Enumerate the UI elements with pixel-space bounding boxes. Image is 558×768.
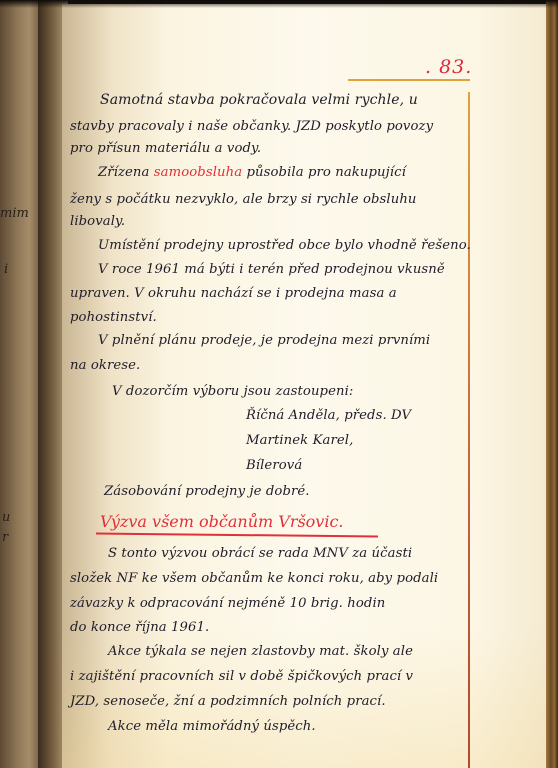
- text-line: Samotná stavba pokračovala velmi rychle,…: [100, 92, 418, 108]
- text-line: S tonto výzvou obrácí se rada MNV za úča…: [108, 546, 412, 561]
- text-line: Akce týkala se nejen zlastovby mat. škol…: [108, 644, 413, 659]
- left-page-fragment: r: [2, 530, 8, 545]
- text-line: pohostinství.: [70, 310, 157, 325]
- text-line: Umístění prodejny uprostřed obce bylo vh…: [98, 238, 471, 253]
- section-heading: Výzva všem občanům Vršovic.: [100, 512, 344, 531]
- text-word: působila pro nakupující: [246, 165, 405, 180]
- text-line: V roce 1961 má býti i terén před prodejn…: [98, 262, 445, 277]
- page-number: . 83.: [425, 56, 472, 78]
- left-page-fragment: mim: [0, 206, 29, 221]
- text-line: pro přísun materiálu a vody.: [70, 141, 261, 156]
- text-line: V dozorčím výboru jsou zastoupeni:: [112, 384, 353, 399]
- signatory: Martinek Karel,: [246, 433, 353, 448]
- text-line: stavby pracovaly i naše občanky. JZD pos…: [70, 119, 433, 134]
- text-line: ženy s počátku nezvyklo, ale brzy si ryc…: [70, 192, 417, 207]
- text-line: do konce října 1961.: [70, 620, 209, 635]
- page-edge: [546, 0, 558, 768]
- text-line: Zřízena samoobsluha působila pro nakupuj…: [98, 165, 406, 180]
- text-line: složek NF ke všem občanům ke konci roku,…: [70, 571, 438, 586]
- signatory: Říčná Anděla, předs. DV: [246, 408, 411, 423]
- highlighted-word: samoobsluha: [154, 165, 242, 180]
- margin-rule: [468, 92, 470, 768]
- text-line: V plnění plánu prodeje, je prodejna mezi…: [98, 333, 430, 348]
- text-line: JZD, senoseče, žní a podzimních polních …: [70, 694, 386, 709]
- text-line: upraven. V okruhu nachází se i prodejna …: [70, 286, 397, 301]
- text-line: na okrese.: [70, 358, 140, 373]
- left-page-fragment: u: [2, 510, 10, 525]
- left-page-edge: mim i u r: [0, 0, 42, 768]
- book-scan: mim i u r . 83. Samotná stavba pokračova…: [0, 0, 558, 768]
- text-line: i zajištění pracovních sil v době špičko…: [70, 669, 413, 684]
- left-page-fragment: i: [4, 262, 8, 277]
- text-word: Zřízena: [98, 165, 150, 180]
- text-line: Zásobování prodejny je dobré.: [104, 484, 310, 499]
- text-line: závazky k odpracování nejméně 10 brig. h…: [70, 596, 385, 611]
- signatory: Bílerová: [246, 458, 302, 473]
- top-shadow: [0, 0, 558, 8]
- header-rule: [348, 79, 470, 81]
- text-line: libovaly.: [70, 214, 125, 229]
- text-line: Akce měla mimořádný úspěch.: [108, 719, 316, 734]
